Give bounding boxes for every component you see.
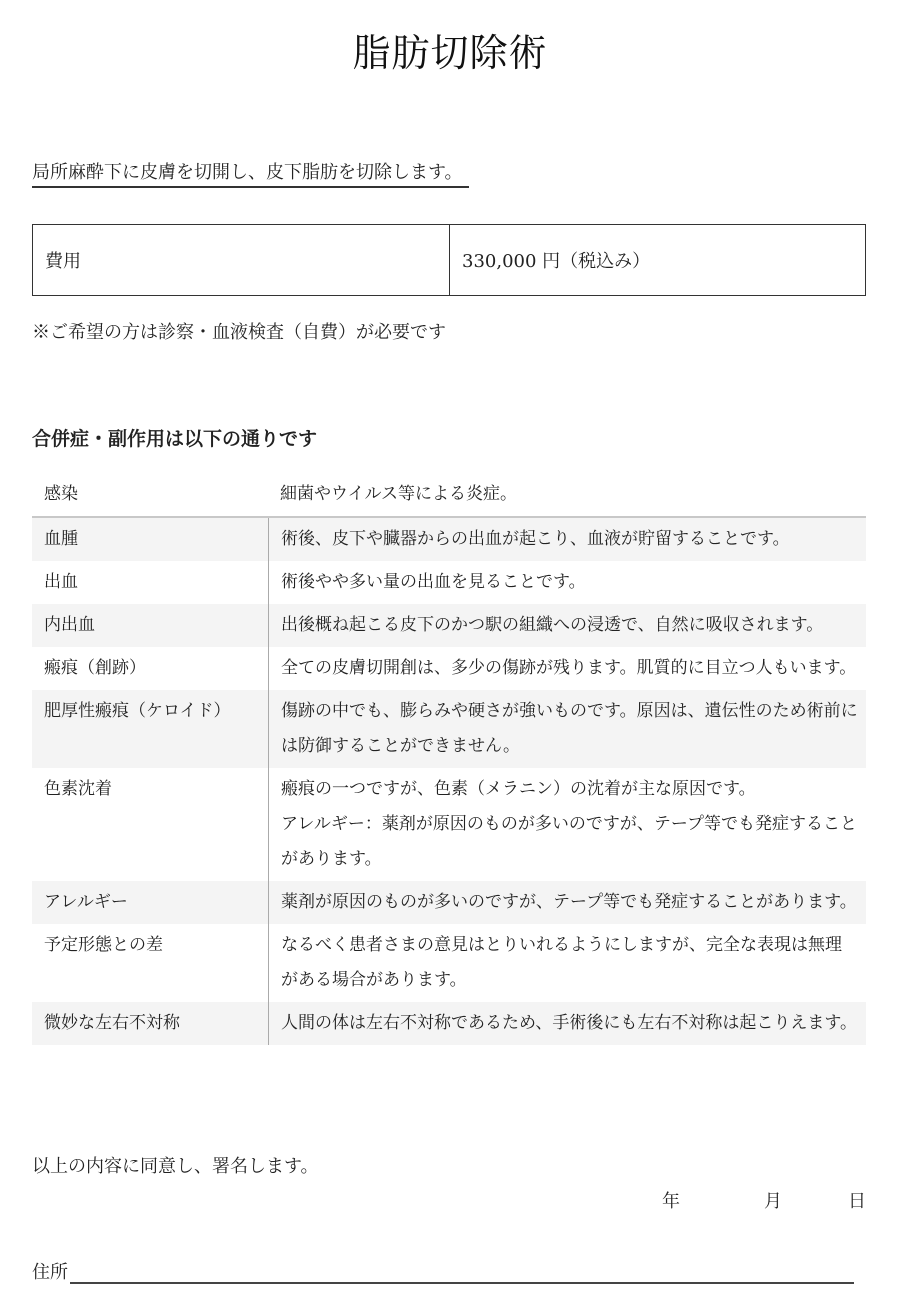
address-input-line[interactable] (70, 1262, 854, 1284)
complication-desc-line: 瘢痕の一つですが、色素（メラニン）の沈着が主な原因です。 (281, 772, 858, 807)
address-field: 住所 (32, 1258, 854, 1284)
complication-desc: 人間の体は左右不対称であるため、手術後にも左右不対称は起こりえます。 (268, 1002, 866, 1045)
document-title: 脂肪切除術 (0, 22, 900, 77)
table-row: 微妙な左右不対称 人間の体は左右不対称であるため、手術後にも左右不対称は起こりえ… (32, 1002, 866, 1045)
complication-desc: 全ての皮膚切開創は、多少の傷跡が残ります。肌質的に目立つ人もいます。 (268, 647, 866, 690)
complication-term: 予定形態との差 (32, 924, 268, 1002)
complication-term: 微妙な左右不対称 (32, 1002, 268, 1045)
complication-term: 血腫 (32, 518, 268, 561)
table-row: 肥厚性瘢痕（ケロイド） 傷跡の中でも、膨らみや硬さが強いものです。原因は、遺伝性… (32, 690, 866, 768)
address-label: 住所 (32, 1258, 68, 1284)
date-year-label[interactable]: 年 (662, 1187, 680, 1213)
complication-term: 瘢痕（創跡） (32, 647, 268, 690)
complication-term: 出血 (32, 561, 268, 604)
table-row: 色素沈着 瘢痕の一つですが、色素（メラニン）の沈着が主な原因です。 アレルギー：… (32, 768, 866, 881)
table-row: アレルギー 薬剤が原因のものが多いのですが、テープ等でも発症することがあります。 (32, 881, 866, 924)
complication-desc: 細菌やウイルス等による炎症。 (268, 473, 866, 516)
complication-term: 感染 (32, 473, 268, 516)
complications-heading: 合併症・副作用は以下の通りです (32, 424, 317, 451)
complication-desc: 術後やや多い量の出血を見ることです。 (268, 561, 866, 604)
complication-desc: なるべく患者さまの意見はとりいれるようにしますが、完全な表現は無理がある場合があ… (268, 924, 866, 1002)
fee-label: 費用 (33, 225, 450, 295)
complication-term: 肥厚性瘢痕（ケロイド） (32, 690, 268, 768)
procedure-description: 局所麻酔下に皮膚を切開し、皮下脂肪を切除します。 (32, 158, 469, 188)
date-month-label[interactable]: 月 (764, 1187, 782, 1213)
table-row: 出血 術後やや多い量の出血を見ることです。 (32, 561, 866, 604)
consent-statement: 以上の内容に同意し、署名します。 (32, 1152, 319, 1178)
date-day-label[interactable]: 日 (848, 1187, 866, 1213)
complication-desc-line: アレルギー：薬剤が原因のものが多いのですが、テープ等でも発症することがあります。 (281, 807, 858, 877)
table-row: 血腫 術後、皮下や臓器からの出血が起こり、血液が貯留することです。 (32, 518, 866, 561)
fee-table: 費用 330,000 円（税込み） (32, 224, 866, 296)
complication-desc: 傷跡の中でも、膨らみや硬さが強いものです。原因は、遺伝性のため術前には防御するこ… (268, 690, 866, 768)
table-row: 内出血 出後概ね起こる皮下のかつ駅の組織への浸透で、自然に吸収されます。 (32, 604, 866, 647)
complication-term: 内出血 (32, 604, 268, 647)
table-row: 予定形態との差 なるべく患者さまの意見はとりいれるようにしますが、完全な表現は無… (32, 924, 866, 1002)
complication-desc: 薬剤が原因のものが多いのですが、テープ等でも発症することがあります。 (268, 881, 866, 924)
table-row: 瘢痕（創跡） 全ての皮膚切開創は、多少の傷跡が残ります。肌質的に目立つ人もいます… (32, 647, 866, 690)
complications-table: 感染 細菌やウイルス等による炎症。 血腫 術後、皮下や臓器からの出血が起こり、血… (32, 473, 866, 1045)
fee-value: 330,000 円（税込み） (450, 225, 865, 295)
complication-desc: 瘢痕の一つですが、色素（メラニン）の沈着が主な原因です。 アレルギー：薬剤が原因… (268, 768, 866, 881)
complication-term: アレルギー (32, 881, 268, 924)
complication-term: 色素沈着 (32, 768, 268, 881)
table-row: 感染 細菌やウイルス等による炎症。 (32, 473, 866, 518)
exam-note: ※ご希望の方は診察・血液検査（自費）が必要です (32, 318, 446, 344)
complication-desc: 出後概ね起こる皮下のかつ駅の組織への浸透で、自然に吸収されます。 (268, 604, 866, 647)
complication-desc: 術後、皮下や臓器からの出血が起こり、血液が貯留することです。 (268, 518, 866, 561)
